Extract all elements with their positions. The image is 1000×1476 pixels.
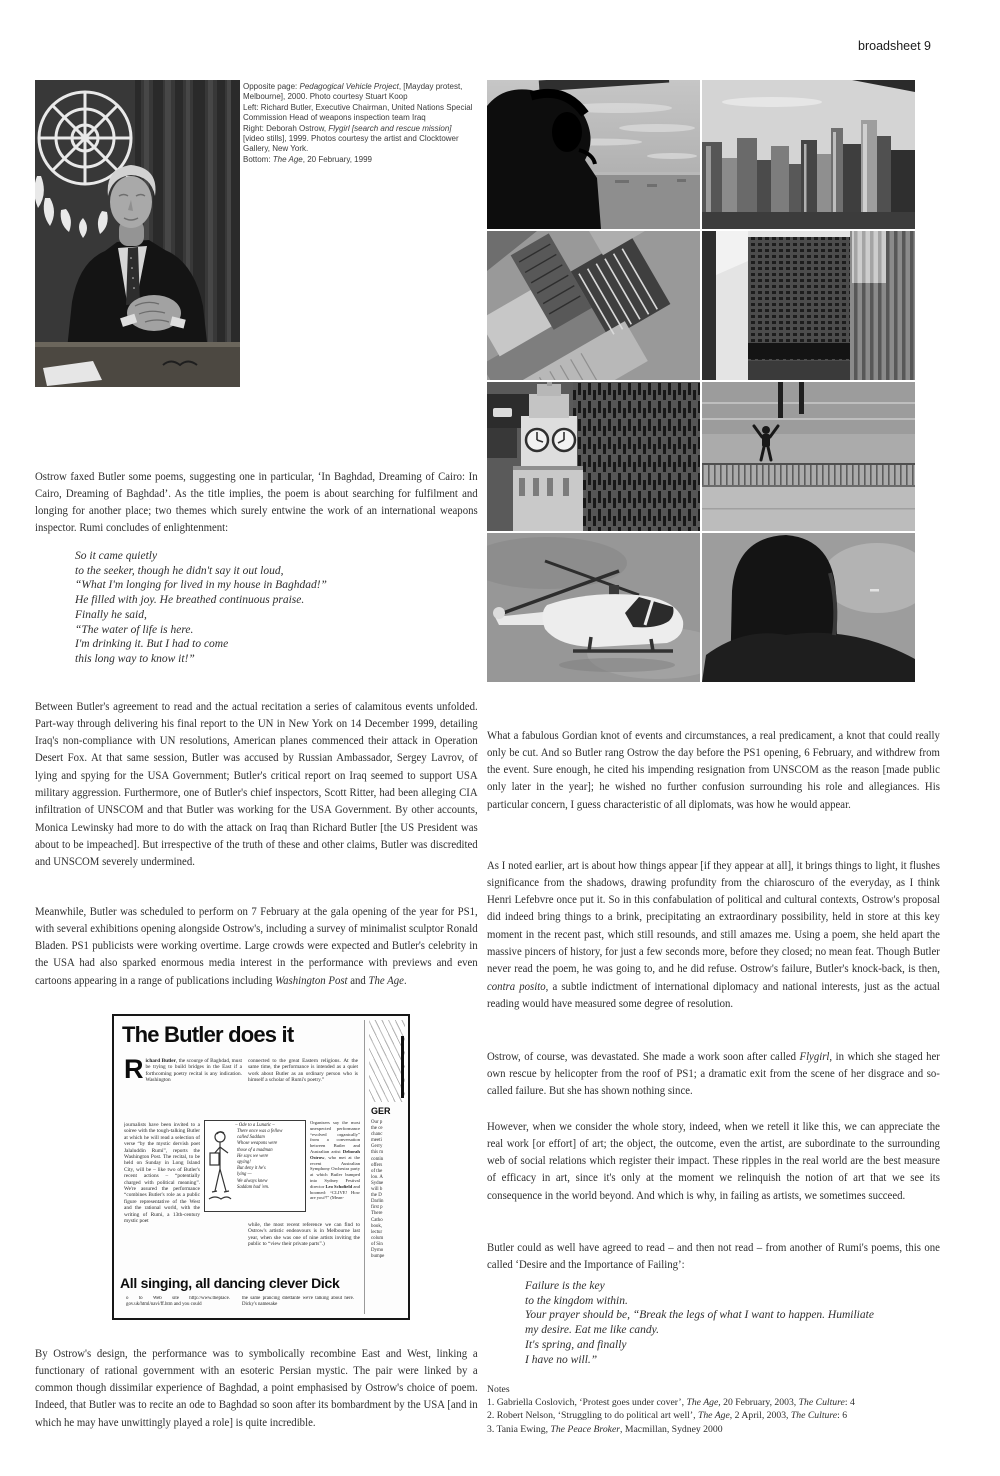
clipping-dropcap: R	[124, 1058, 146, 1080]
paragraph-calamitous-events: Between Butler's agreement to read and t…	[35, 698, 478, 871]
clipping-left-column: journalists have been invited to a soire…	[124, 1122, 200, 1270]
cartoon-verse: There once was a fellow called Saddam Wh…	[237, 1129, 282, 1203]
video-still-aerial-buildings	[487, 231, 700, 380]
note-1: 1. Gabriella Coslovich, ‘Protest goes un…	[487, 1396, 957, 1409]
notes-title: Notes	[487, 1383, 957, 1396]
photo-captions: Opposite page: Pedagogical Vehicle Proje…	[243, 82, 475, 165]
rumi-poem-failure: Failure is the key to the kingdom within…	[525, 1279, 874, 1367]
notes-section: Notes 1. Gabriella Coslovich, ‘Protest g…	[487, 1383, 957, 1436]
paragraph-gordian-knot: What a fabulous Gordian knot of events a…	[487, 727, 940, 813]
rumi-poem-baghdad: So it came quietly to the seeker, though…	[75, 549, 327, 667]
cartoon-figure-illustration	[207, 1129, 235, 1203]
clipping-intro-text: ichard Butler, the scourge of Baghdad, m…	[146, 1058, 243, 1083]
aerial-buildings-illustration	[487, 231, 700, 380]
paragraph-ps1-gala: Meanwhile, Butler was scheduled to perfo…	[35, 903, 478, 989]
clipping-second-column-bottom: while, the most recent reference we can …	[248, 1222, 360, 1272]
paragraph-ostrow-faxed: Ostrow faxed Butler some poems, suggesti…	[35, 468, 478, 537]
magazine-page: broadsheet 9	[0, 0, 1000, 1476]
paragraph-real-work-of-art: However, when we consider the whole stor…	[487, 1118, 940, 1204]
clipping-torn-edge-column: GER Our p the ce chanc meeti Gerry this …	[364, 1020, 407, 1314]
tower-facade-illustration	[702, 231, 915, 380]
video-still-skyline	[702, 80, 915, 229]
sliver-text-fragments: Our p the ce chanc meeti Gerry this m co…	[371, 1120, 384, 1260]
un-press-conference-illustration	[35, 80, 240, 387]
skyline-illustration	[702, 80, 915, 229]
newspaper-clipping-the-age: The Butler does it Richard Butler, the s…	[112, 1014, 410, 1320]
video-still-back-of-head	[702, 533, 915, 682]
paragraph-art-appearance: As I noted earlier, art is about how thi…	[487, 857, 940, 1013]
torn-page-hatching	[369, 1020, 405, 1102]
video-still-tower-facade	[702, 231, 915, 380]
note-3: 3. Tania Ewing, The Peace Broker, Macmil…	[487, 1423, 957, 1436]
video-still-clock-tower	[487, 382, 700, 531]
paragraph-ostrows-design: By Ostrow's design, the performance was …	[35, 1345, 478, 1431]
butler-un-photo	[35, 80, 240, 387]
helicopter-illustration	[487, 533, 700, 682]
video-still-helicopter	[487, 533, 700, 682]
video-still-pilot	[487, 80, 700, 229]
clipping-subheadline: All singing, all dancing clever Dick	[120, 1275, 366, 1291]
clipping-sub-column-1: o to Web site http://www.theplace. gov.u…	[126, 1296, 230, 1316]
clipping-intro-column: Richard Butler, the scourge of Baghdad, …	[124, 1058, 242, 1120]
clipping-second-column-narrow: Organisers say the most unexpected perfo…	[310, 1120, 360, 1218]
clipping-sub-column-2: the same prancing dilettante we're talki…	[242, 1296, 354, 1316]
paragraph-flygirl: Ostrow, of course, was devastated. She m…	[487, 1048, 940, 1100]
clipping-second-column-top: connected to the great Eastern religions…	[248, 1058, 358, 1118]
clipping-headline: The Butler does it	[122, 1024, 362, 1046]
sliver-heading: GER	[371, 1106, 391, 1116]
pilot-silhouette-illustration	[487, 80, 700, 229]
rooftop-figure-illustration	[702, 382, 915, 531]
back-of-head-illustration	[702, 533, 915, 682]
video-still-rooftop-figure	[702, 382, 915, 531]
note-2: 2. Robert Nelson, ‘Struggling to do poli…	[487, 1409, 957, 1422]
clock-tower-illustration	[487, 382, 700, 531]
page-header: broadsheet 9	[858, 39, 931, 53]
torn-page-rule	[401, 1036, 404, 1098]
paragraph-desire-and-failing: Butler could as well have agreed to read…	[487, 1239, 940, 1274]
clipping-cartoon-box: – Ode to a Lunatic – There once was a fe…	[204, 1120, 306, 1212]
flygirl-video-stills	[487, 80, 915, 682]
